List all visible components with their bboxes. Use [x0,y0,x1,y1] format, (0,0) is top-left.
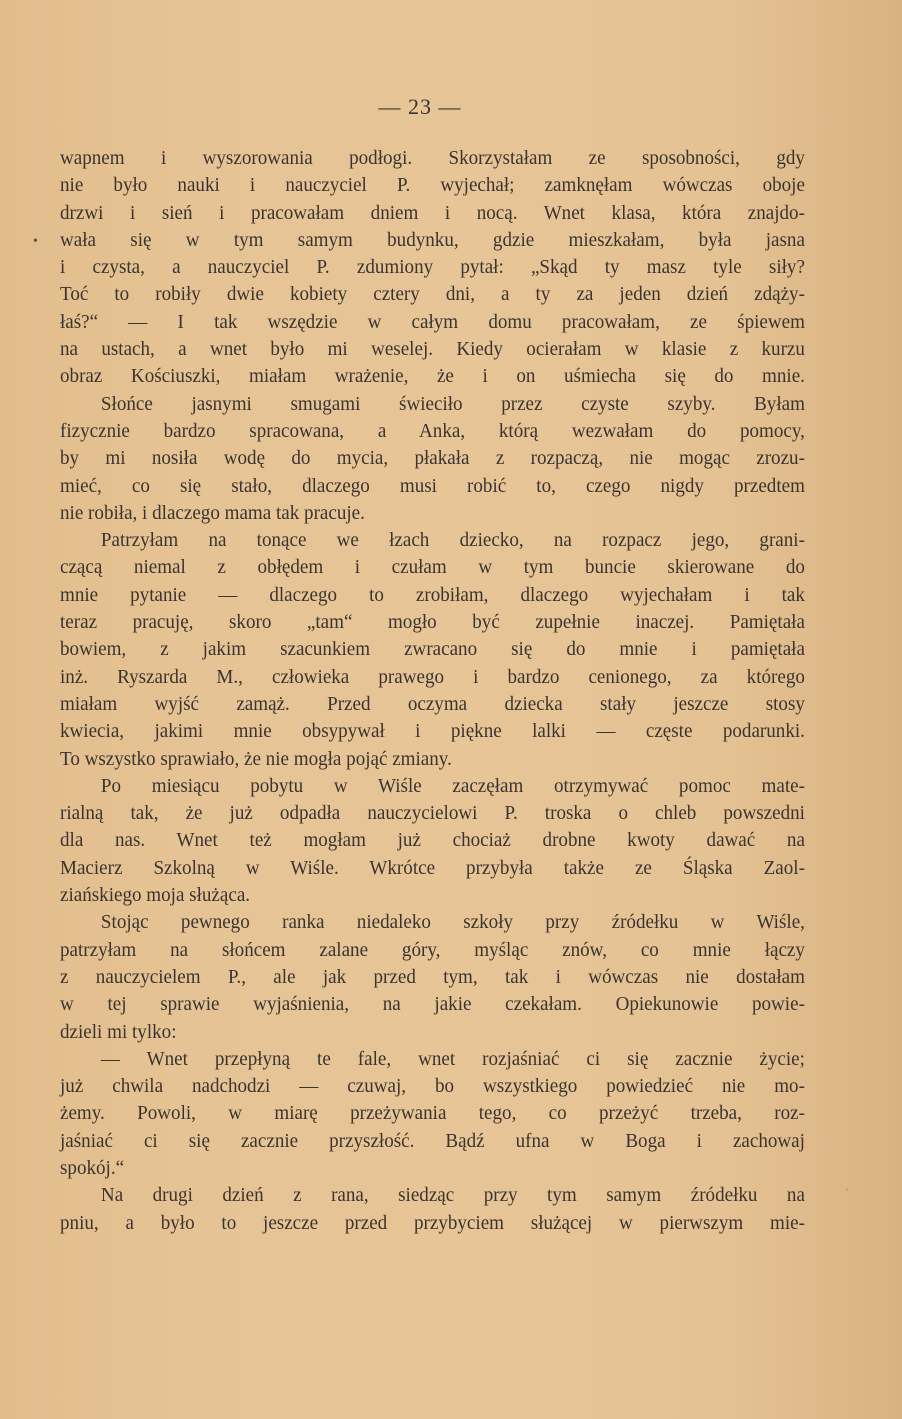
body-text: wapnem i wyszorowania podłogi. Skorzysta… [60,145,805,1237]
text-line: drzwi i sień i pracowałam dniem i nocą. … [60,200,805,227]
text-line: z nauczycielem P., ale jak przed tym, ta… [60,964,805,991]
text-line: Macierz Szkolną w Wiśle. Wkrótce przybył… [60,855,805,882]
text-line: inż. Ryszarda M., człowieka prawego i ba… [60,664,805,691]
text-line: mnie pytanie — dlaczego to zrobiłam, dla… [60,582,805,609]
text-line: Po miesiącu pobytu w Wiśle zaczęłam otrz… [60,773,805,800]
text-line: dzieli mi tylko: [60,1019,805,1046]
text-line: teraz pracuję, skoro „tam“ mogło być zup… [60,609,805,636]
text-line: mieć, co się stało, dlaczego musi robić … [60,473,805,500]
margin-mark: ˈ [845,1186,849,1201]
text-line: rialną tak, że już odpadła nauczycielowi… [60,800,805,827]
text-line: łaś?“ — I tak wszędzie w całym domu prac… [60,309,805,336]
text-line: spokój.“ [60,1155,805,1182]
text-line: żemy. Powoli, w miarę przeżywania tego, … [60,1100,805,1127]
text-line: miałam wyjść zamąż. Przed oczyma dziecka… [60,691,805,718]
text-line: Stojąc pewnego ranka niedaleko szkoły pr… [60,909,805,936]
text-line: To wszystko sprawiało, że nie mogła poją… [60,746,805,773]
text-line: Patrzyłam na tonące we łzach dziecko, na… [60,527,805,554]
text-line: nie było nauki i nauczyciel P. wyjechał;… [60,172,805,199]
text-line: by mi nosiła wodę do mycia, płakała z ro… [60,445,805,472]
text-line: bowiem, z jakim szacunkiem zwracano się … [60,636,805,663]
text-line: już chwila nadchodzi — czuwaj, bo wszyst… [60,1073,805,1100]
text-line: Na drugi dzień z rana, siedząc przy tym … [60,1182,805,1209]
text-line: kwiecia, jakimi mnie obsypywał i piękne … [60,718,805,745]
text-line: nie robiła, i dlaczego mama tak pracuje. [60,500,805,527]
text-line: jaśniać ci się zacznie przyszłość. Bądź … [60,1128,805,1155]
margin-speck: • [33,234,38,250]
text-line: na ustach, a wnet było mi weselej. Kiedy… [60,336,805,363]
text-line: — Wnet przepłyną te fale, wnet rozjaśnia… [60,1046,805,1073]
text-line: i czysta, a nauczyciel P. zdumiony pytał… [60,254,805,281]
page-number: — 23 — [0,94,840,120]
text-line: obraz Kościuszki, miałam wrażenie, że i … [60,363,805,390]
text-line: fizycznie bardzo spracowana, a Anka, któ… [60,418,805,445]
text-line: w tej sprawie wyjaśnienia, na jakie czek… [60,991,805,1018]
text-line: wapnem i wyszorowania podłogi. Skorzysta… [60,145,805,172]
text-line: dla nas. Wnet też mogłam już chociaż dro… [60,827,805,854]
text-line: Słońce jasnymi smugami świeciło przez cz… [60,391,805,418]
text-line: czącą niemal z obłędem i czułam w tym bu… [60,554,805,581]
text-line: patrzyłam na słońcem zalane góry, myśląc… [60,937,805,964]
text-line: pniu, a było to jeszcze przed przybyciem… [60,1210,805,1237]
text-line: Toć to robiły dwie kobiety cztery dni, a… [60,281,805,308]
text-line: ziańskiego moja służąca. [60,882,805,909]
text-line: wała się w tym samym budynku, gdzie mies… [60,227,805,254]
